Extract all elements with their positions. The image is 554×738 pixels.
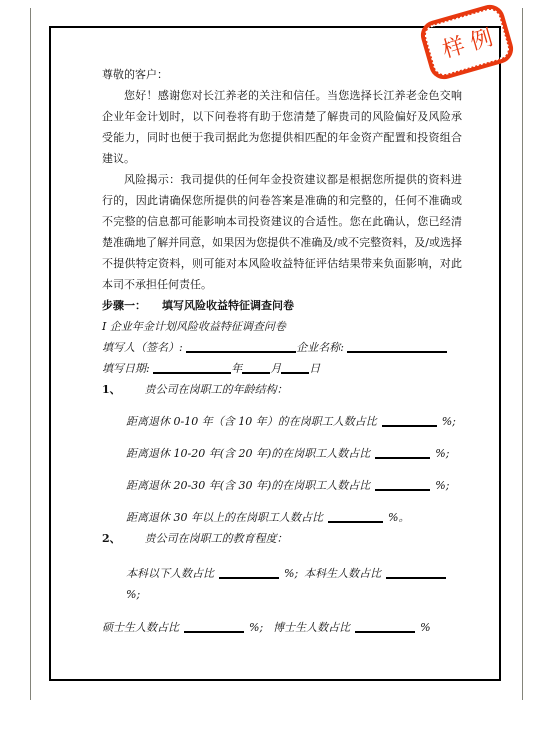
question-2-heading: 2、贵公司在岗职工的教育程度： — [102, 528, 462, 549]
item-text: 距离退休 30 年以上的在岗职工人数占比 — [126, 511, 323, 524]
item-blank-line — [375, 478, 430, 491]
item-blank-line — [328, 510, 383, 523]
fragment-suffix: %; — [126, 588, 140, 601]
item-suffix: %; — [435, 447, 449, 460]
risk-disclosure-paragraph: 风险揭示：我司提供的任何年金投资建议都是根据您所提供的资料进行的，因此请确保您所… — [102, 169, 462, 295]
question-1-item-retire-30-plus: 距离退休 30 年以上的在岗职工人数占比%。 — [102, 507, 462, 528]
date-month-blank-line — [242, 361, 270, 374]
fragment-suffix: %; — [249, 621, 263, 634]
intro-paragraph: 您好！感谢您对长江养老的关注和信任。当您选择长江养老金色交响企业年金计划时，以下… — [102, 85, 462, 169]
item-text: 距离退休 0-10 年（含 10 年）的在岗职工人数占比 — [126, 415, 377, 428]
question-1-title: 贵公司在岗职工的年龄结构： — [145, 383, 288, 396]
question-2-title: 贵公司在岗职工的教育程度： — [145, 532, 288, 545]
fragment-label: 本科生人数占比 — [304, 567, 381, 580]
date-day-label: 日 — [309, 362, 320, 375]
question-2-number: 2、 — [102, 532, 121, 545]
document-content: 尊敬的客户： 您好！感谢您对长江养老的关注和信任。当您选择长江养老金色交响企业年… — [102, 64, 462, 638]
company-label: 企业名称: — [296, 341, 344, 354]
signer-blank-line — [186, 340, 296, 353]
signer-company-line: 填写人（签名）: 企业名称: — [102, 337, 462, 358]
question-1-number: 1、 — [102, 383, 121, 396]
company-blank-line — [347, 340, 447, 353]
fragment-label: 博士生人数占比 — [273, 621, 350, 634]
page-edge-left — [30, 8, 31, 700]
item-suffix: %。 — [388, 511, 409, 524]
sample-stamp: 样例 — [417, 1, 516, 82]
date-day-blank-line — [281, 361, 309, 374]
date-label: 填写日期: — [102, 362, 150, 375]
salutation: 尊敬的客户： — [102, 64, 462, 85]
date-month-label: 月 — [270, 362, 281, 375]
fragment-blank-line — [386, 566, 446, 579]
item-blank-line — [382, 414, 437, 427]
questionnaire-title: I 企业年金计划风险收益特征调查问卷 — [102, 316, 462, 337]
item-blank-line — [375, 446, 430, 459]
item-suffix: %; — [442, 415, 456, 428]
date-line: 填写日期: 年月日 — [102, 358, 462, 379]
date-year-label: 年 — [231, 362, 242, 375]
fragment-blank-line — [355, 620, 415, 633]
item-text: 距离退休 10-20 年(含 20 年)的在岗职工人数占比 — [126, 447, 370, 460]
item-suffix: %; — [435, 479, 449, 492]
question-2-line-graduate: 硕士生人数占比%;博士生人数占比% — [102, 617, 462, 638]
step-one-label: 步骤一： — [102, 299, 146, 312]
step-one-title: 填写风险收益特征调查问卷 — [162, 299, 294, 312]
fragment-blank-line — [184, 620, 244, 633]
fragment-suffix: %; — [284, 567, 298, 580]
fragment-suffix: % — [420, 621, 430, 634]
fragment-label: 本科以下人数占比 — [126, 567, 214, 580]
page-edge-right — [522, 8, 523, 700]
step-one-heading: 步骤一：填写风险收益特征调查问卷 — [102, 295, 462, 316]
question-1-item-retire-20-30: 距离退休 20-30 年(含 30 年)的在岗职工人数占比%; — [102, 475, 462, 496]
question-1-item-retire-10-20: 距离退休 10-20 年(含 20 年)的在岗职工人数占比%; — [102, 443, 462, 464]
signer-label: 填写人（签名）: — [102, 341, 183, 354]
question-1-item-retire-0-10: 距离退休 0-10 年（含 10 年）的在岗职工人数占比%; — [102, 411, 462, 432]
question-2-line-bachelor: 本科以下人数占比%;本科生人数占比%; — [102, 563, 462, 605]
date-year-blank-line — [153, 361, 231, 374]
item-text: 距离退休 20-30 年(含 30 年)的在岗职工人数占比 — [126, 479, 370, 492]
fragment-label: 硕士生人数占比 — [102, 621, 179, 634]
sample-stamp-text: 样例 — [431, 18, 502, 66]
fragment-blank-line — [219, 566, 279, 579]
question-1-heading: 1、贵公司在岗职工的年龄结构： — [102, 379, 462, 400]
